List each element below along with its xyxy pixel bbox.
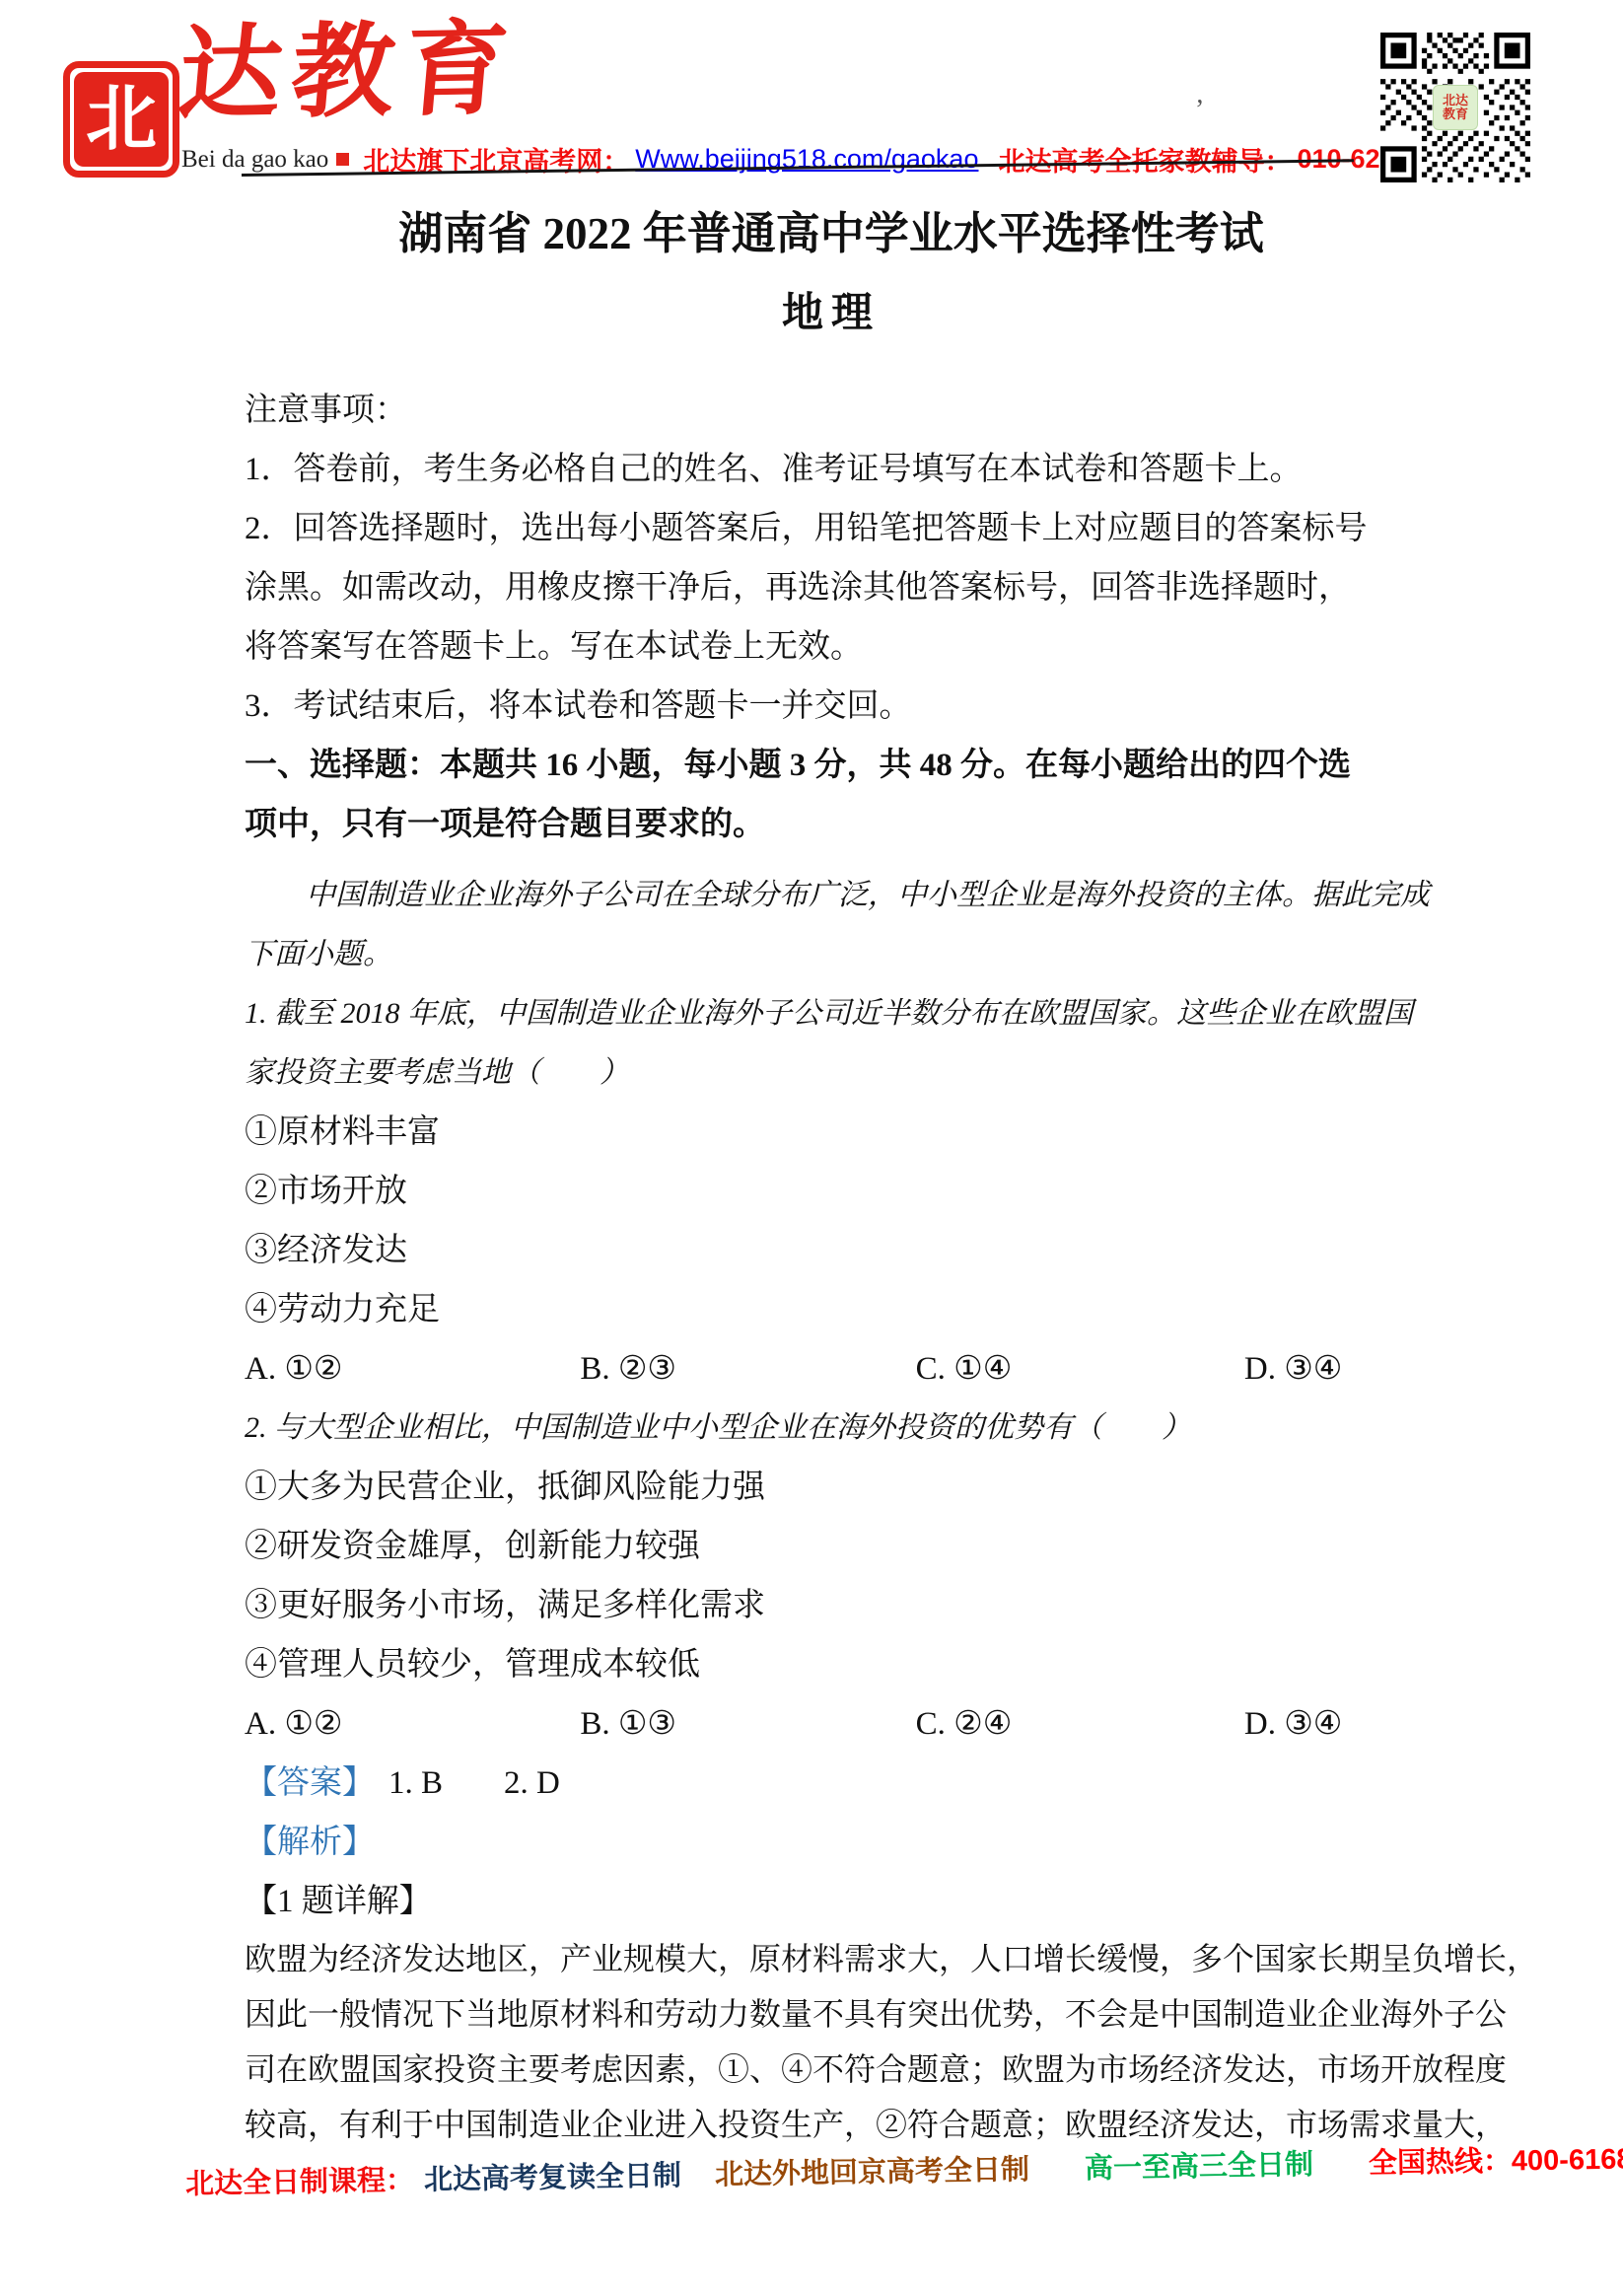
q2-choice-2: ②研发资金雄厚，创新能力较强 — [245, 1517, 1418, 1576]
notice-item-2-cont: 涂黑。如需改动，用橡皮擦干净后，再选涂其他答案标号，回答非选择题时， — [245, 558, 1418, 617]
footer-course-huijing: 北达外地回京高考全日制 — [715, 2147, 1030, 2193]
red-square-bullet — [336, 153, 349, 166]
subject-title: 地理 — [245, 282, 1418, 345]
q2-option-c: C. ②④ — [916, 1694, 1013, 1754]
notice-item-1: 1．答卷前，考生务必格自己的姓名、准考证号填写在本试卷和答题卡上。 — [245, 440, 1418, 499]
q1-option-d: D. ③④ — [1244, 1339, 1343, 1399]
q1-option-c: C. ①④ — [916, 1339, 1013, 1399]
q2-choice-4: ④管理人员较少，管理成本较低 — [245, 1635, 1418, 1694]
footer-course-fudu: 北达高考复读全日制 — [424, 2153, 682, 2198]
notice-item-3: 3．考试结束后，将本试卷和答题卡一并交回。 — [245, 677, 1418, 736]
q1-options-row: A. ①② B. ②③ C. ①④ D. ③④ — [245, 1339, 1418, 1399]
document-body: 湖南省 2022 年普通高中学业水平选择性考试 地理 注意事项： 1．答卷前，考… — [245, 187, 1418, 2152]
q1-stem-line2: 家投资主要考虑当地（ ） — [245, 1043, 1418, 1103]
section-header-line2: 项中，只有一项是符合题目要求的。 — [245, 795, 1418, 854]
notice-item-2-cont2: 将答案写在答题卡上。写在本试卷上无效。 — [245, 617, 1418, 677]
qr-center-text: 北达 — [1443, 94, 1468, 108]
tutor-label: 北达高考全托家教辅导： — [998, 140, 1291, 179]
q2-option-b: B. ①③ — [580, 1694, 676, 1754]
q2-choice-1: ①大多为民营企业，抵御风险能力强 — [245, 1458, 1418, 1517]
q1-choice-4: ④劳动力充足 — [245, 1280, 1418, 1339]
passage-line2: 下面小题。 — [245, 925, 1418, 984]
explanation-line-3: 司在欧盟国家投资主要考虑因素，①、④不符合题意；欧盟为市场经济发达，市场开放程度 — [245, 2042, 1418, 2097]
answer-tag: 【答案】 — [245, 1765, 375, 1801]
q1-choice-2: ②市场开放 — [245, 1162, 1418, 1221]
footer-hotline: 全国热线：400-6168-182 — [1369, 2135, 1623, 2182]
q2-options-row: A. ①② B. ①③ C. ②④ D. ③④ — [245, 1694, 1418, 1754]
exam-title: 湖南省 2022 年普通高中学业水平选择性考试 — [245, 199, 1418, 268]
beida-seal-logo: 北 — [63, 61, 179, 178]
passage-line1: 中国制造业企业海外子公司在全球分布广泛，中小型企业是海外投资的主体。据此完成 — [245, 866, 1418, 925]
footer-course-quanrizhi: 高一至高三全日制 — [1085, 2142, 1314, 2187]
stray-mark: ’ — [1195, 95, 1204, 126]
notice-item-2: 2．回答选择题时，选出每小题答案后，用铅笔把答题卡上对应题目的答案标号 — [245, 499, 1418, 558]
explanation-line-2: 因此一般情况下当地原材料和劳动力数量不具有突出优势，不会是中国制造业企业海外子公 — [245, 1986, 1418, 2042]
q1-stem-line1: 1. 截至 2018 年底，中国制造业企业海外子公司近半数分布在欧盟国家。这些企… — [245, 984, 1418, 1043]
q2-stem: 2. 与大型企业相比，中国制造业中小型企业在海外投资的优势有（ ） — [245, 1399, 1418, 1458]
q1-option-a: A. ①② — [245, 1339, 343, 1399]
q1-choice-3: ③经济发达 — [245, 1221, 1418, 1280]
q2-option-d: D. ③④ — [1244, 1694, 1343, 1754]
footer-courses-label: 北达全日制课程： — [185, 2158, 415, 2202]
analysis-tag: 【解析】 — [245, 1813, 1418, 1872]
answer-line: 【答案】1. B2. D — [245, 1754, 1418, 1813]
q1-option-b: B. ②③ — [580, 1339, 676, 1399]
q1-choice-1: ①原材料丰富 — [245, 1103, 1418, 1162]
section-header-line1: 一、选择题：本题共 16 小题，每小题 3 分，共 48 分。在每小题给出的四个… — [245, 736, 1418, 795]
seal-inner: 北 — [74, 72, 169, 167]
brand-calligraphy: 达教育 — [174, 11, 559, 135]
notice-heading: 注意事项： — [245, 381, 1418, 440]
detail-1-heading: 【1 题详解】 — [245, 1872, 1418, 1931]
answer-q2: 2. D — [504, 1765, 560, 1801]
qr-code: 北达 教育 — [1380, 33, 1530, 182]
qr-center-badge: 北达 教育 — [1433, 85, 1478, 130]
q2-option-a: A. ①② — [245, 1694, 343, 1754]
brand-pinyin: Bei da gao kao — [181, 146, 328, 174]
explanation-line-1: 欧盟为经济发达地区，产业规模大，原材料需求大，人口增长缓慢，多个国家长期呈负增长… — [245, 1931, 1418, 1986]
q2-choice-3: ③更好服务小市场，满足多样化需求 — [245, 1576, 1418, 1635]
qr-center-text: 教育 — [1443, 108, 1468, 121]
answer-q1: 1. B — [388, 1765, 443, 1801]
seal-character: 北 — [86, 84, 157, 155]
exam-page: 北 达教育 Bei da gao kao 北达旗下北京高考网： Www.beij… — [0, 0, 1623, 2296]
